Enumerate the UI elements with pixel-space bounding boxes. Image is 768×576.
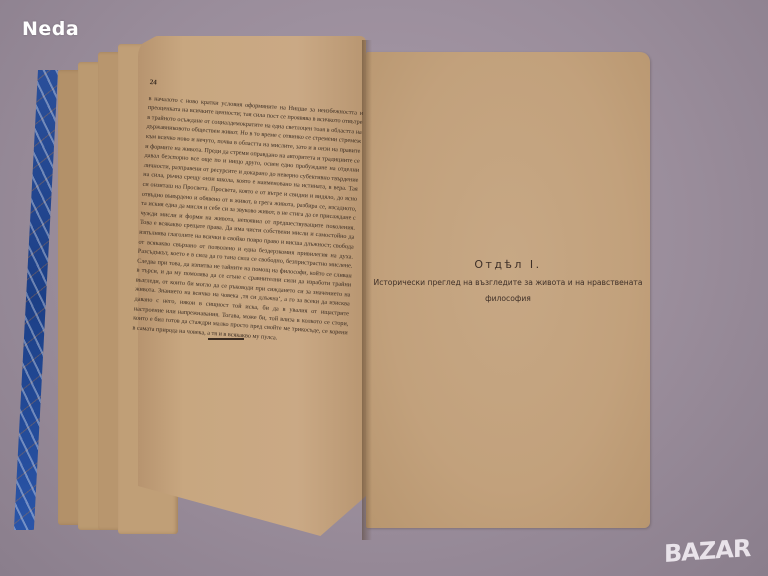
book-gutter-shadow <box>362 40 372 540</box>
book-cover-edge <box>14 70 58 530</box>
seller-watermark: Neda <box>22 18 79 40</box>
left-page-body: в началото с ново кратки условия оформян… <box>132 94 363 348</box>
left-page-text-block: 24 в началото с ново кратки условия офор… <box>132 78 364 348</box>
bazar-logo: BAZAR <box>664 534 750 568</box>
chapter-end-rule <box>208 338 244 340</box>
section-subtitle: Исторически преглед на възгледите за жив… <box>372 275 644 307</box>
section-title: Отдѣл I. <box>366 258 650 271</box>
